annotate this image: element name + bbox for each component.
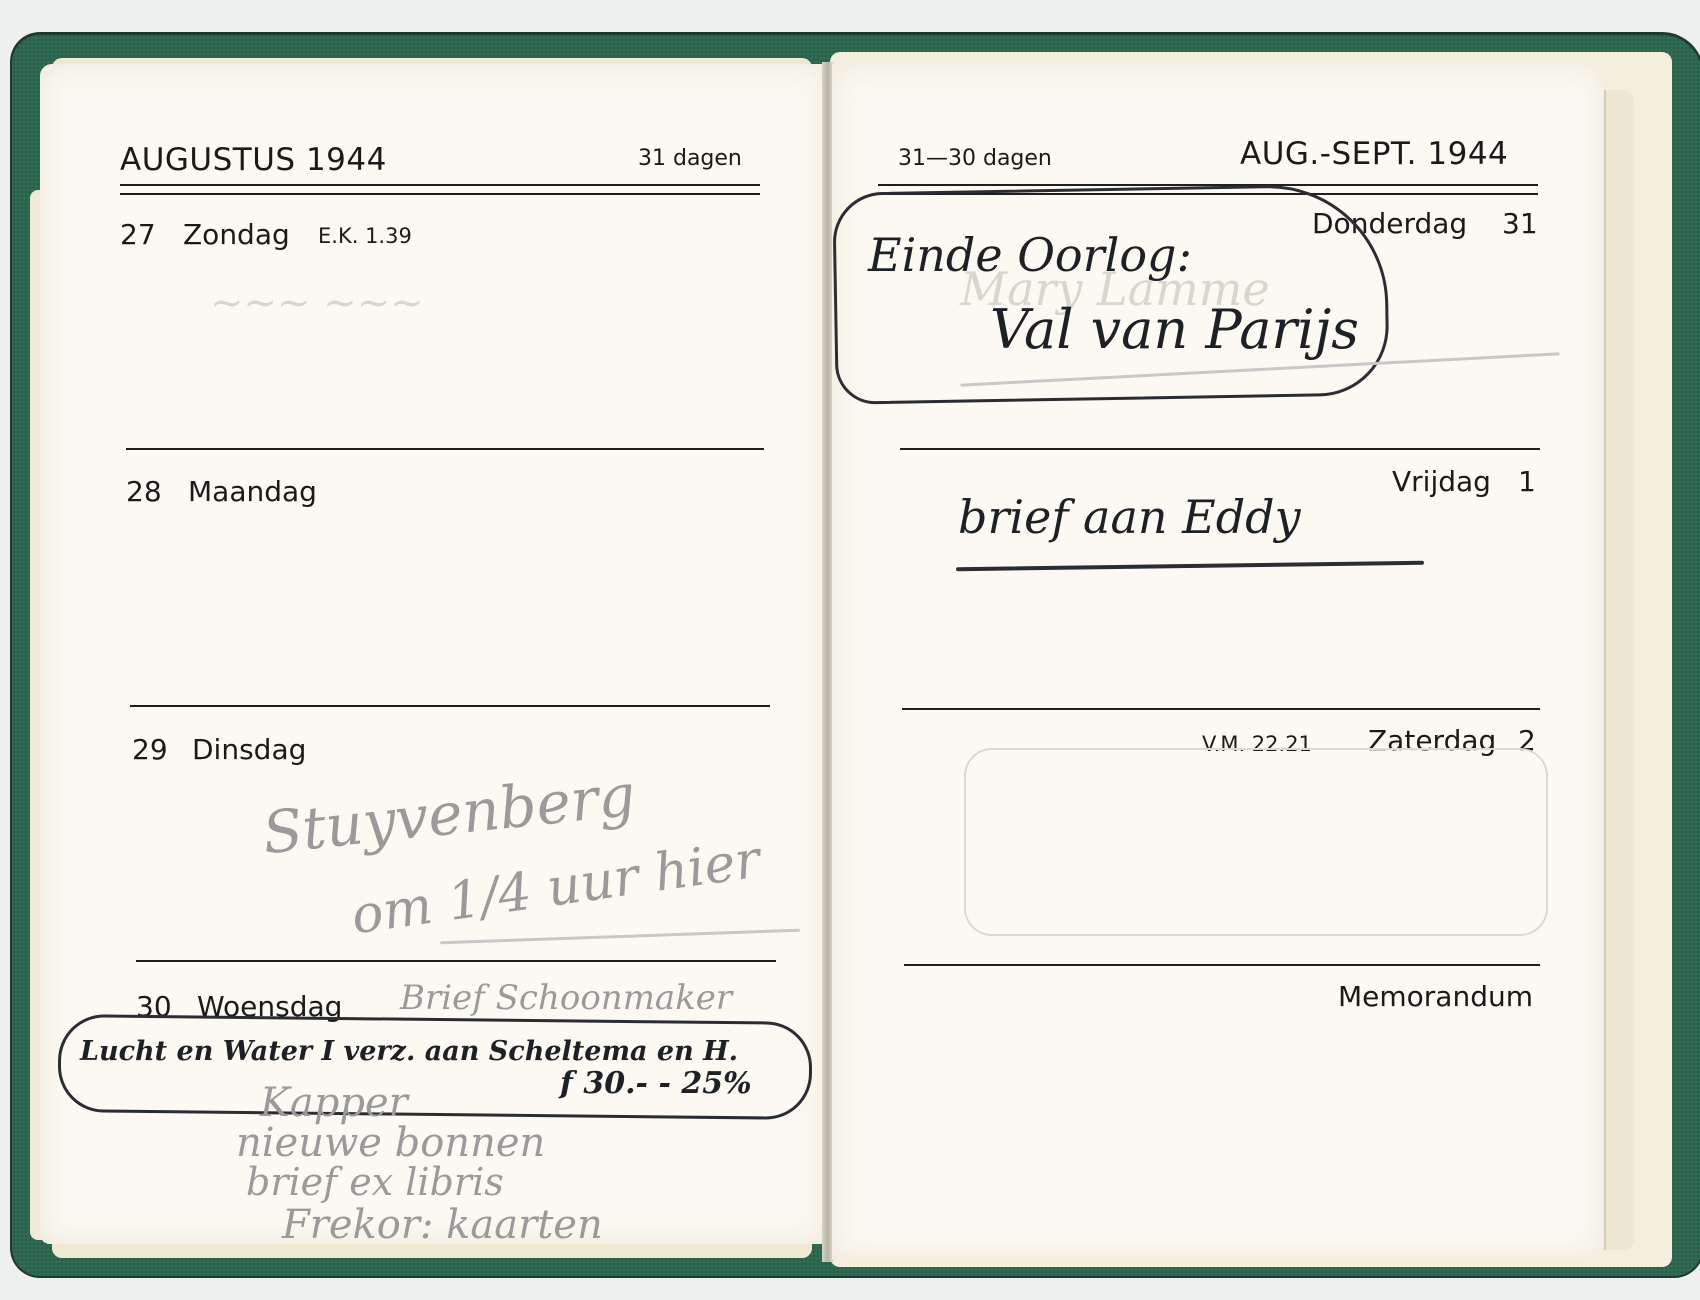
entry-weekday: Zondag: [183, 218, 290, 251]
entry-date: 31: [1502, 207, 1538, 240]
entry-date: 27: [120, 218, 156, 251]
entry-weekday: Maandag: [188, 475, 317, 508]
handwritten-note: Val van Parijs: [990, 298, 1359, 361]
header-rule: [120, 184, 760, 186]
day-divider: [904, 964, 1540, 966]
entry-date: 28: [126, 475, 162, 508]
entry-note: E.K. 1.39: [318, 224, 412, 248]
entry-date: 1: [1518, 465, 1536, 498]
bleed-through-box: [964, 748, 1548, 936]
handwritten-note: Einde Oorlog:: [868, 228, 1192, 282]
day-divider: [126, 448, 764, 450]
right-page-days: 31—30 dagen: [898, 146, 1052, 171]
handwritten-note: f 30.- - 25%: [560, 1066, 752, 1101]
handwritten-note: Frekor: kaarten: [282, 1202, 603, 1248]
day-divider: [900, 448, 1540, 450]
bleed-through-text: ~~~ ~~~: [210, 280, 424, 326]
handwritten-note: Brief Schoonmaker: [400, 978, 732, 1018]
day-divider: [902, 708, 1540, 710]
left-page-title: AUGUSTUS 1944: [120, 142, 387, 178]
handwritten-note: brief ex libris: [246, 1160, 504, 1204]
memorandum-label: Memorandum: [1338, 980, 1533, 1013]
header-rule: [120, 193, 760, 195]
left-page-days: 31 dagen: [638, 146, 742, 171]
right-page-title: AUG.-SEPT. 1944: [1240, 136, 1508, 172]
page-stack-right: [1604, 90, 1634, 1250]
entry-date: 29: [132, 733, 168, 766]
handwritten-note: Lucht en Water I verz. aan Scheltema en …: [80, 1036, 738, 1067]
handwritten-note: brief aan Eddy: [958, 490, 1301, 544]
day-divider: [136, 960, 776, 962]
entry-weekday: Dinsdag: [192, 733, 306, 766]
day-divider: [130, 705, 770, 707]
entry-weekday: Vrijdag: [1392, 465, 1491, 498]
